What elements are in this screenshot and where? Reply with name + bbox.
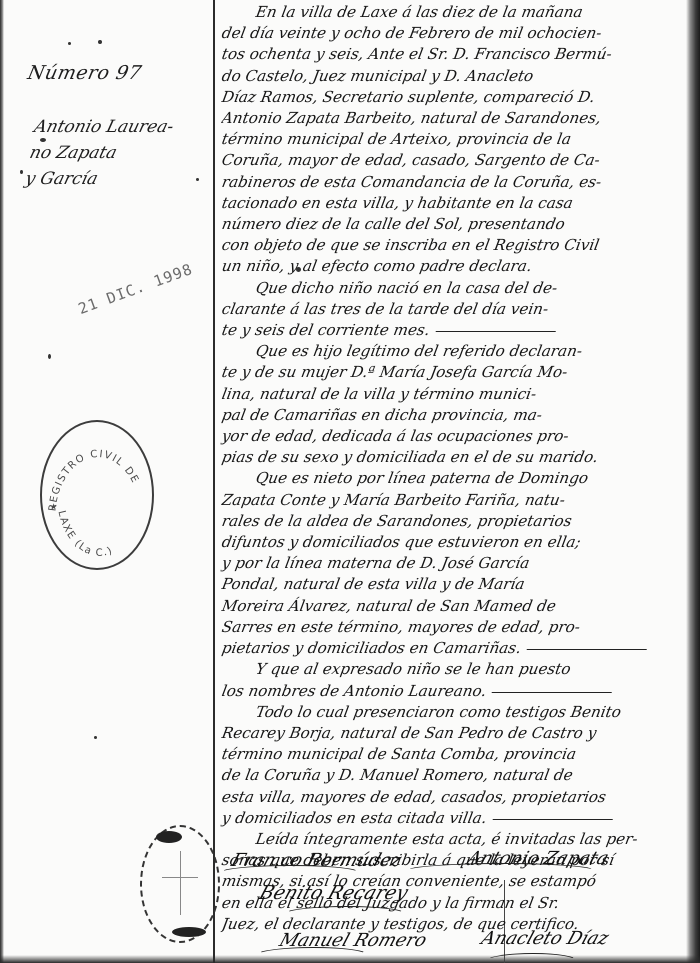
subject-name-line: y García: [18, 166, 204, 192]
signature-judge: Fran.co Bermúdez: [229, 850, 404, 871]
record-line: Antonio Zapata Barbeito, natural de Sara…: [220, 108, 694, 129]
record-line-text: te y de su mujer D.ª María Josefa García…: [220, 363, 569, 381]
star-icon: ★: [50, 502, 59, 512]
record-line-text: y domiciliados en esta citada villa.: [220, 809, 488, 827]
record-line-text: Y que al expresado niño se le han puesto: [254, 660, 572, 678]
registry-stamp-text-ring: REGISTRO CIVIL DE LAXE (La C.) ★: [42, 422, 152, 568]
scan-speck: [68, 42, 71, 45]
record-line-text: Leída íntegramente esta acta, é invitada…: [254, 830, 639, 848]
record-line: tos ochenta y seis, Ante el Sr. D. Franc…: [220, 44, 694, 65]
record-line-text: En la villa de Laxe á las diez de la mañ…: [254, 3, 584, 21]
record-line: y por la línea materna de D. José García: [220, 553, 694, 574]
court-seal-stamp: [140, 825, 220, 943]
record-line: término municipal de Santa Comba, provin…: [220, 744, 694, 765]
signatures-block: Fran.co Bermúdez Antonio Zapata Benito R…: [220, 850, 690, 960]
signature-witness-2: Manuel Romero: [277, 930, 430, 951]
signature-secretary: Anacleto Díaz: [479, 928, 612, 949]
date-stamp: 21 DIC. 1998: [76, 260, 195, 318]
margin-note: Número 97 Antonio Laurea- no Zapata y Ga…: [28, 62, 208, 192]
line-filler-dash: [527, 649, 647, 650]
record-line-text: de la Coruña y D. Manuel Romero, natural…: [220, 766, 574, 784]
record-line-text: tos ochenta y seis, Ante el Sr. D. Franc…: [220, 45, 613, 63]
record-line-text: Zapata Conte y María Barbeito Fariña, na…: [220, 491, 566, 509]
record-line-text: término municipal de Santa Comba, provin…: [220, 745, 577, 763]
record-line-text: Todo lo cual presenciaron como testigos …: [254, 703, 622, 721]
line-filler-dash: [492, 691, 612, 692]
record-line: Que es hijo legítimo del referido declar…: [220, 341, 694, 362]
record-line: Pondal, natural de esta villa y de María: [220, 574, 694, 595]
record-line-text: Que es nieto por línea paterna de Doming…: [254, 469, 589, 487]
record-line-text: Que es hijo legítimo del referido declar…: [254, 342, 583, 360]
registry-civil-stamp: REGISTRO CIVIL DE LAXE (La C.) ★: [40, 420, 154, 570]
subject-name: Antonio Laurea- no Zapata y García: [18, 114, 217, 192]
margin-rule: [213, 0, 215, 963]
record-line-text: pias de su sexo y domiciliada en el de s…: [220, 448, 599, 466]
record-line-text: Pondal, natural de esta villa y de María: [220, 575, 526, 593]
record-line: pias de su sexo y domiciliada en el de s…: [220, 447, 694, 468]
subject-name-line: no Zapata: [25, 140, 211, 166]
ink-blot: [172, 927, 206, 937]
record-line-text: Recarey Borja, natural de San Pedro de C…: [220, 724, 598, 742]
record-line-text: Antonio Zapata Barbeito, natural de Sara…: [220, 109, 602, 127]
record-line: lina, natural de la villa y término muni…: [220, 384, 694, 405]
record-line: y domiciliados en esta citada villa.: [220, 808, 694, 829]
record-line: En la villa de Laxe á las diez de la mañ…: [220, 2, 694, 23]
scan-speck: [296, 267, 301, 272]
signature-declarant: Antonio Zapata: [465, 848, 612, 869]
record-line-text: rales de la aldea de Sarandones, propiet…: [220, 512, 573, 530]
record-line-text: esta villa, mayores de edad, casados, pr…: [220, 788, 607, 806]
record-line-text: te y seis del corriente mes.: [220, 321, 431, 339]
record-line: Que dicho niño nació en la casa del de-: [220, 278, 694, 299]
record-line-text: Díaz Ramos, Secretario suplente, compare…: [220, 88, 596, 106]
record-line: los nombres de Antonio Laureano.: [220, 681, 694, 702]
record-line-text: Moreira Álvarez, natural de San Mamed de: [220, 597, 557, 615]
document-page: Número 97 Antonio Laurea- no Zapata y Ga…: [0, 0, 700, 963]
signature-flourish: [281, 906, 408, 922]
signature-flourish: [482, 953, 579, 963]
record-line-text: clarante á las tres de la tarde del día …: [220, 300, 549, 318]
record-line-text: número diez de la calle del Sol, present…: [220, 215, 566, 233]
record-body: En la villa de Laxe á las diez de la mañ…: [220, 2, 690, 935]
line-filler-dash: [492, 818, 612, 819]
record-line: yor de edad, dedicada á las ocupaciones …: [220, 426, 694, 447]
record-line: número diez de la calle del Sol, present…: [220, 214, 694, 235]
record-line: Recarey Borja, natural de San Pedro de C…: [220, 723, 694, 744]
scan-speck: [196, 178, 199, 181]
record-line-text: pal de Camariñas en dicha provincia, ma-: [220, 406, 543, 424]
record-line: Zapata Conte y María Barbeito Fariña, na…: [220, 490, 694, 511]
record-line: término municipal de Arteixo, provincia …: [220, 129, 694, 150]
line-filler-dash: [435, 331, 555, 332]
record-line-text: lina, natural de la villa y término muni…: [220, 385, 538, 403]
record-line-text: los nombres de Antonio Laureano.: [220, 682, 488, 700]
record-line: esta villa, mayores de edad, casados, pr…: [220, 787, 694, 808]
scan-speck: [98, 40, 102, 44]
record-line-text: yor de edad, dedicada á las ocupaciones …: [220, 427, 570, 445]
record-line: Sarres en este término, mayores de edad,…: [220, 617, 694, 638]
record-line: Leída íntegramente esta acta, é invitada…: [220, 829, 694, 850]
record-line-text: un niño, y al efecto como padre declara.: [220, 257, 533, 275]
record-line-text: y por la línea materna de D. José García: [220, 554, 531, 572]
record-line: Que es nieto por línea paterna de Doming…: [220, 468, 694, 489]
record-line: Moreira Álvarez, natural de San Mamed de: [220, 596, 694, 617]
record-line: te y seis del corriente mes.: [220, 320, 694, 341]
record-line-text: término municipal de Arteixo, provincia …: [220, 130, 572, 148]
scan-speck: [48, 354, 51, 359]
record-line-text: Coruña, mayor de edad, casado, Sargento …: [220, 151, 601, 169]
signature-flourish: [215, 865, 362, 881]
record-line-text: con objeto de que se inscriba en el Regi…: [220, 236, 600, 254]
record-line-text: do Castelo, Juez municipal y D. Anacleto: [220, 67, 535, 85]
record-line: rabineros de esta Comandancia de la Coru…: [220, 172, 694, 193]
record-line: un niño, y al efecto como padre declara.: [220, 256, 694, 277]
cross-icon-bar: [162, 877, 198, 878]
record-line: Y que al expresado niño se le han puesto: [220, 659, 694, 680]
scan-edge-left: [0, 0, 4, 963]
record-line-text: difuntos y domiciliados que estuvieron e…: [220, 533, 582, 551]
record-line: con objeto de que se inscriba en el Regi…: [220, 235, 694, 256]
record-line-text: tacionado en esta villa, y habitante en …: [220, 194, 574, 212]
record-line: pietarios y domiciliados en Camariñas.: [220, 638, 694, 659]
record-line: de la Coruña y D. Manuel Romero, natural…: [220, 765, 694, 786]
record-line: clarante á las tres de la tarde del día …: [220, 299, 694, 320]
record-line: pal de Camariñas en dicha provincia, ma-: [220, 405, 694, 426]
record-line-text: Que dicho niño nació en la casa del de-: [254, 279, 558, 297]
record-line: do Castelo, Juez municipal y D. Anacleto: [220, 66, 694, 87]
record-line-text: rabineros de esta Comandancia de la Coru…: [220, 173, 602, 191]
scan-speck: [94, 736, 97, 739]
record-line: tacionado en esta villa, y habitante en …: [220, 193, 694, 214]
record-line: Coruña, mayor de edad, casado, Sargento …: [220, 150, 694, 171]
signature-flourish: [401, 863, 598, 879]
record-line: del día veinte y ocho de Febrero de mil …: [220, 23, 694, 44]
registry-stamp-bottom-text: LAXE (La C.): [56, 509, 115, 558]
scan-speck: [40, 138, 46, 142]
ink-blot: [156, 831, 182, 843]
record-line: rales de la aldea de Sarandones, propiet…: [220, 511, 694, 532]
cross-icon: [180, 851, 181, 915]
scan-speck: [20, 170, 23, 174]
record-line-text: Sarres en este término, mayores de edad,…: [220, 618, 581, 636]
record-line: te y de su mujer D.ª María Josefa García…: [220, 362, 694, 383]
subject-name-line: Antonio Laurea-: [31, 114, 217, 140]
record-line: Todo lo cual presenciaron como testigos …: [220, 702, 694, 723]
record-line: difuntos y domiciliados que estuvieron e…: [220, 532, 694, 553]
record-line-text: del día veinte y ocho de Febrero de mil …: [220, 24, 603, 42]
registry-stamp-top-text: REGISTRO CIVIL DE: [47, 449, 140, 512]
record-line-text: pietarios y domiciliados en Camariñas.: [220, 639, 522, 657]
signature-witness-1: Benito Recarey: [256, 882, 410, 904]
record-line: Díaz Ramos, Secretario suplente, compare…: [220, 87, 694, 108]
record-number: Número 97: [26, 62, 211, 84]
